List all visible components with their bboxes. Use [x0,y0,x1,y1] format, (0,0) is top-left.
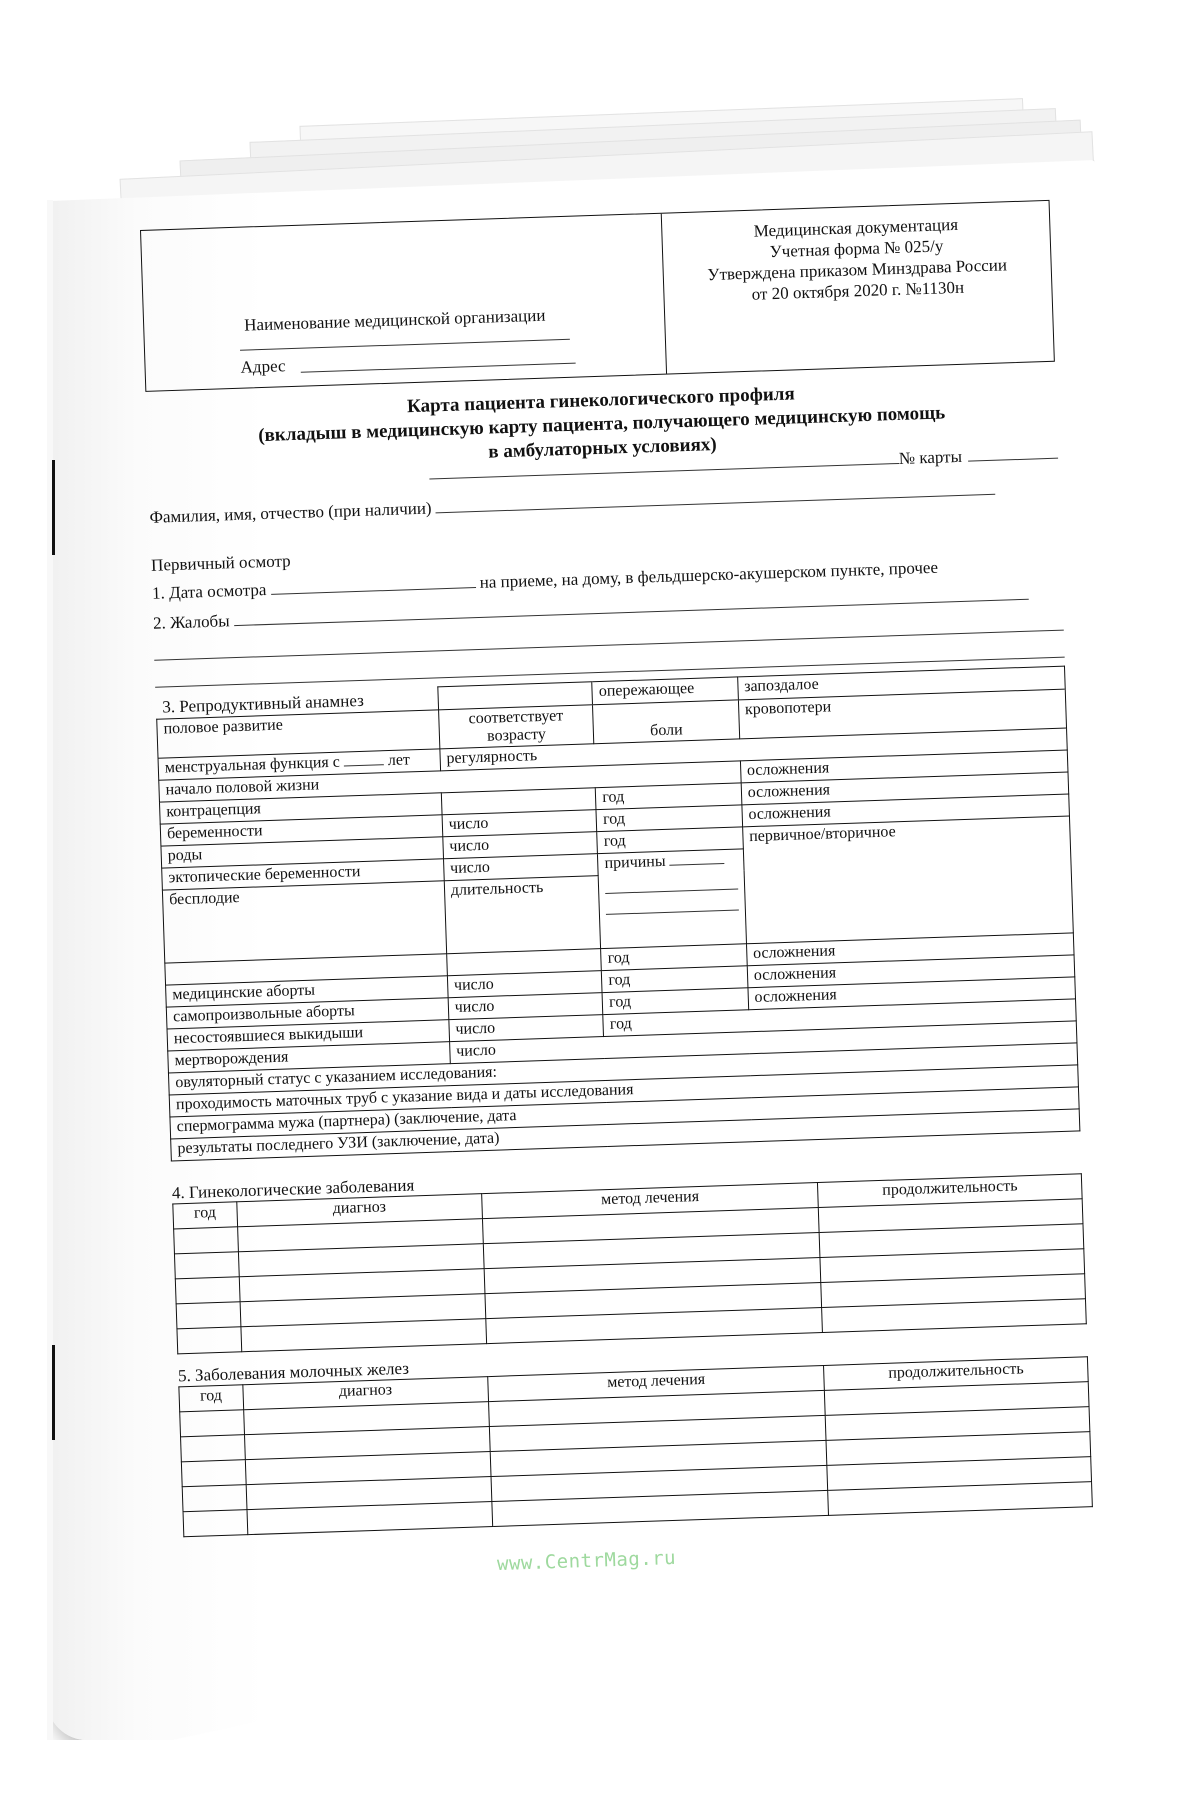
regularity-label: регулярность [446,747,537,767]
form-content: Наименование медицинской организации Адр… [140,200,1093,1537]
header-box: Наименование медицинской организации Адр… [140,200,1055,392]
corresponds-age-label: соответствует возрасту [438,704,594,748]
exam-date-label: 1. Дата осмотра [152,580,267,603]
years-label: лет [388,751,411,769]
year-cell[interactable] [176,1301,240,1328]
address-label: Адрес [240,356,286,377]
infertility-label: бесплодие [162,880,446,962]
exam-place-options: на приеме, на дому, в фельдшерско-акушер… [479,558,938,592]
gynecological-diseases-table: год диагноз метод лечения продолжительно… [172,1173,1087,1354]
year-cell[interactable] [177,1326,241,1353]
year-cell[interactable] [181,1434,245,1461]
full-name-field[interactable] [436,494,996,514]
organization-label: Наименование медицинской организации [244,306,546,336]
sexual-life-start-label: начало половой жизни [165,776,319,798]
organization-field[interactable] [240,339,570,351]
card-number-label: № карты [899,447,963,468]
staple-mark [52,1345,55,1440]
infertility-type[interactable]: первичное/вторичное [742,816,1073,944]
menstrual-function-label: менструальная функция с [165,753,341,776]
staple-mark [52,460,55,555]
organization-block: Наименование медицинской организации Адр… [141,214,667,391]
year-cell[interactable] [181,1459,245,1486]
year-cell[interactable] [174,1251,238,1278]
form-approval-block: Медицинская документация Учетная форма №… [662,201,1054,374]
exam-date-field[interactable] [271,587,476,595]
pain-label: боли [593,699,740,743]
causes-label: причины [604,852,666,871]
infertility-duration[interactable]: длительность [444,875,601,953]
booklet-spine [47,200,53,1740]
breast-diseases-table: год диагноз метод лечения продолжительно… [178,1356,1093,1537]
causes-field[interactable] [670,862,725,865]
year-cell[interactable] [175,1276,239,1303]
year-cell[interactable] [180,1409,244,1436]
reproductive-anamnesis-table: 3. Репродуктивный анамнез опережающее за… [155,666,1080,1161]
full-name-label: Фамилия, имя, отчество (при наличии) [149,498,432,526]
column-header-year: год [173,1201,237,1228]
card-number-field[interactable] [968,458,1058,462]
primary-exam-label: Первичный осмотр [151,551,291,575]
year-cell[interactable] [183,1509,247,1536]
menstrual-start-field[interactable] [344,764,384,766]
year-cell[interactable] [182,1484,246,1511]
causes-field-line[interactable] [606,889,739,914]
column-header-year: год [179,1384,243,1411]
address-field[interactable] [301,363,576,373]
year-cell[interactable] [174,1226,238,1253]
causes-cell[interactable]: причины [598,848,747,948]
complaints-label: 2. Жалобы [153,611,230,633]
underline [429,463,899,480]
